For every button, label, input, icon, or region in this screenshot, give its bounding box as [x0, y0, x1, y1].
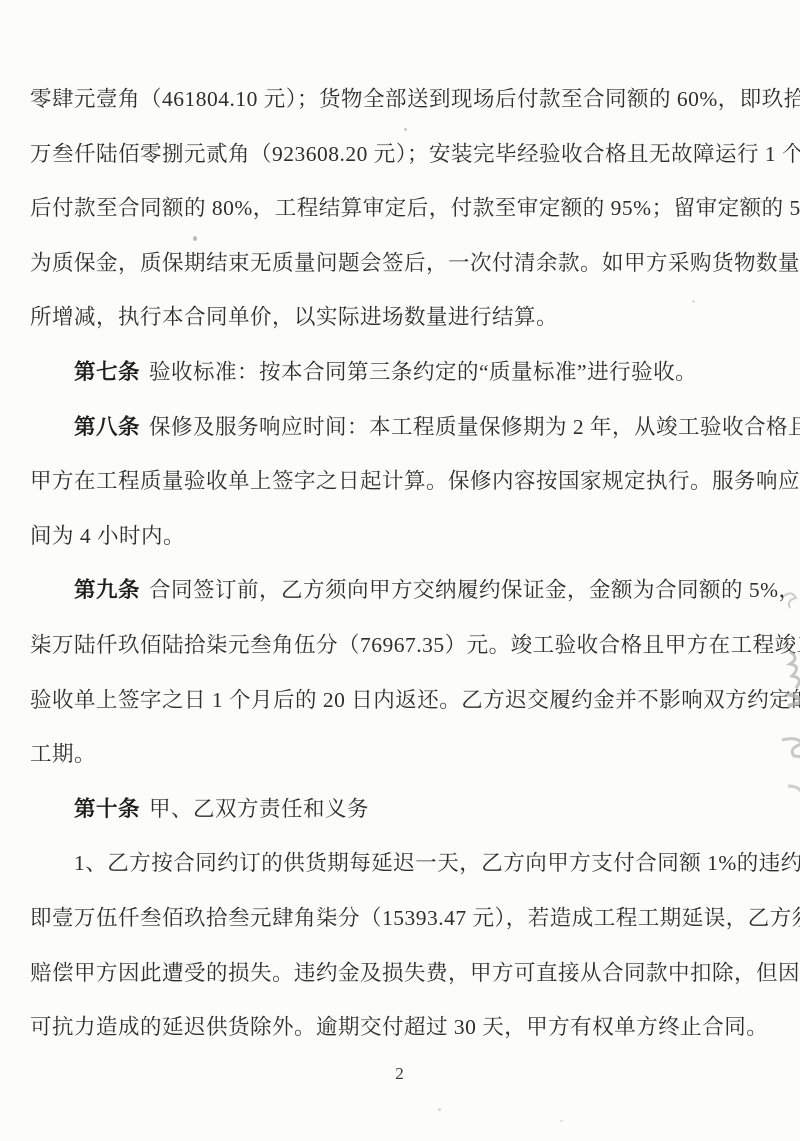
line-text: 工期。	[30, 742, 96, 766]
line-text: 为质保金，质保期结束无质量问题会签后，一次付清余款。如甲方采购货物数量有	[30, 251, 800, 275]
text-line: 第九条合同签订前，乙方须向甲方交纳履约保证金，金额为合同额的 5%，即	[30, 563, 794, 618]
clause-number: 第八条	[74, 415, 140, 439]
line-text: 甲、乙双方责任和义务	[149, 797, 369, 821]
text-line: 即壹万伍仟叁佰玖拾叁元肆角柒分（15393.47 元），若造成工程工期延误，乙方…	[30, 891, 794, 946]
text-line: 赔偿甲方因此遭受的损失。违约金及损失费，甲方可直接从合同款中扣除，但因不	[30, 946, 794, 1001]
page-number: 2	[0, 1064, 800, 1084]
text-line: 间为 4 小时内。	[30, 509, 794, 564]
line-text: 合同签订前，乙方须向甲方交纳履约保证金，金额为合同额的 5%，即	[149, 578, 800, 602]
text-line: 1、乙方按合同约订的供货期每延迟一天，乙方向甲方支付合同额 1%的违约金，	[30, 836, 794, 891]
contract-scan-page: 零肆元壹角（461804.10 元）；货物全部送到现场后付款至合同额的 60%，…	[0, 0, 800, 1141]
scan-speck	[692, 300, 695, 303]
line-text: 间为 4 小时内。	[30, 524, 185, 548]
scan-speck	[760, 200, 763, 203]
line-text: 所增减，执行本合同单价，以实际进场数量进行结算。	[30, 305, 558, 329]
line-text: 赔偿甲方因此遭受的损失。违约金及损失费，甲方可直接从合同款中扣除，但因不	[30, 961, 800, 985]
scan-speck	[404, 128, 407, 131]
text-line: 所增减，执行本合同单价，以实际进场数量进行结算。	[30, 290, 794, 345]
scan-speck	[560, 1120, 563, 1122]
line-text: 柒万陆仟玖佰陆拾柒元叁角伍分（76967.35）元。竣工验收合格且甲方在工程竣工	[30, 633, 800, 657]
text-line: 可抗力造成的延迟供货除外。逾期交付超过 30 天，甲方有权单方终止合同。	[30, 1000, 794, 1055]
scan-speck	[120, 430, 122, 432]
scan-speck	[438, 1108, 441, 1111]
text-line: 验收单上签字之日 1 个月后的 20 日内返还。乙方迟交履约金并不影响双方约定的	[30, 673, 794, 728]
text-line: 甲方在工程质量验收单上签字之日起计算。保修内容按国家规定执行。服务响应时	[30, 454, 794, 509]
line-text: 验收标准：按本合同第三条约定的“质量标准”进行验收。	[149, 360, 697, 384]
text-line: 零肆元壹角（461804.10 元）；货物全部送到现场后付款至合同额的 60%，…	[30, 72, 794, 127]
text-line: 万叁仟陆佰零捌元贰角（923608.20 元）；安装完毕经验收合格且无故障运行 …	[30, 127, 794, 182]
text-line: 柒万陆仟玖佰陆拾柒元叁角伍分（76967.35）元。竣工验收合格且甲方在工程竣工	[30, 618, 794, 673]
clause-number: 第十条	[74, 797, 140, 821]
line-text: 即壹万伍仟叁佰玖拾叁元肆角柒分（15393.47 元），若造成工程工期延误，乙方…	[30, 906, 800, 930]
line-text: 万叁仟陆佰零捌元贰角（923608.20 元）；安装完毕经验收合格且无故障运行 …	[30, 142, 800, 166]
line-text: 甲方在工程质量验收单上签字之日起计算。保修内容按国家规定执行。服务响应时	[30, 469, 800, 493]
text-line: 为质保金，质保期结束无质量问题会签后，一次付清余款。如甲方采购货物数量有	[30, 236, 794, 291]
line-text: 零肆元壹角（461804.10 元）；货物全部送到现场后付款至合同额的 60%，…	[30, 87, 800, 111]
text-line: 第七条验收标准：按本合同第三条约定的“质量标准”进行验收。	[30, 345, 794, 400]
line-text: 可抗力造成的延迟供货除外。逾期交付超过 30 天，甲方有权单方终止合同。	[30, 1015, 768, 1039]
line-text: 保修及服务响应时间：本工程质量保修期为 2 年，从竣工验收合格且	[149, 415, 800, 439]
line-text: 验收单上签字之日 1 个月后的 20 日内返还。乙方迟交履约金并不影响双方约定的	[30, 688, 800, 712]
document-lines: 零肆元壹角（461804.10 元）；货物全部送到现场后付款至合同额的 60%，…	[30, 72, 794, 1055]
text-line: 后付款至合同额的 80%，工程结算审定后，付款至审定额的 95%；留审定额的 5…	[30, 181, 794, 236]
line-text: 后付款至合同额的 80%，工程结算审定后，付款至审定额的 95%；留审定额的 5…	[30, 196, 800, 220]
clause-number: 第九条	[74, 578, 140, 602]
text-line: 工期。	[30, 727, 794, 782]
clause-number: 第七条	[74, 360, 140, 384]
margin-scribble-marks	[770, 590, 800, 805]
scan-speck	[193, 236, 197, 241]
text-line: 第八条保修及服务响应时间：本工程质量保修期为 2 年，从竣工验收合格且	[30, 400, 794, 455]
line-text: 1、乙方按合同约订的供货期每延迟一天，乙方向甲方支付合同额 1%的违约金，	[74, 851, 800, 875]
text-line: 第十条甲、乙双方责任和义务	[30, 782, 794, 837]
